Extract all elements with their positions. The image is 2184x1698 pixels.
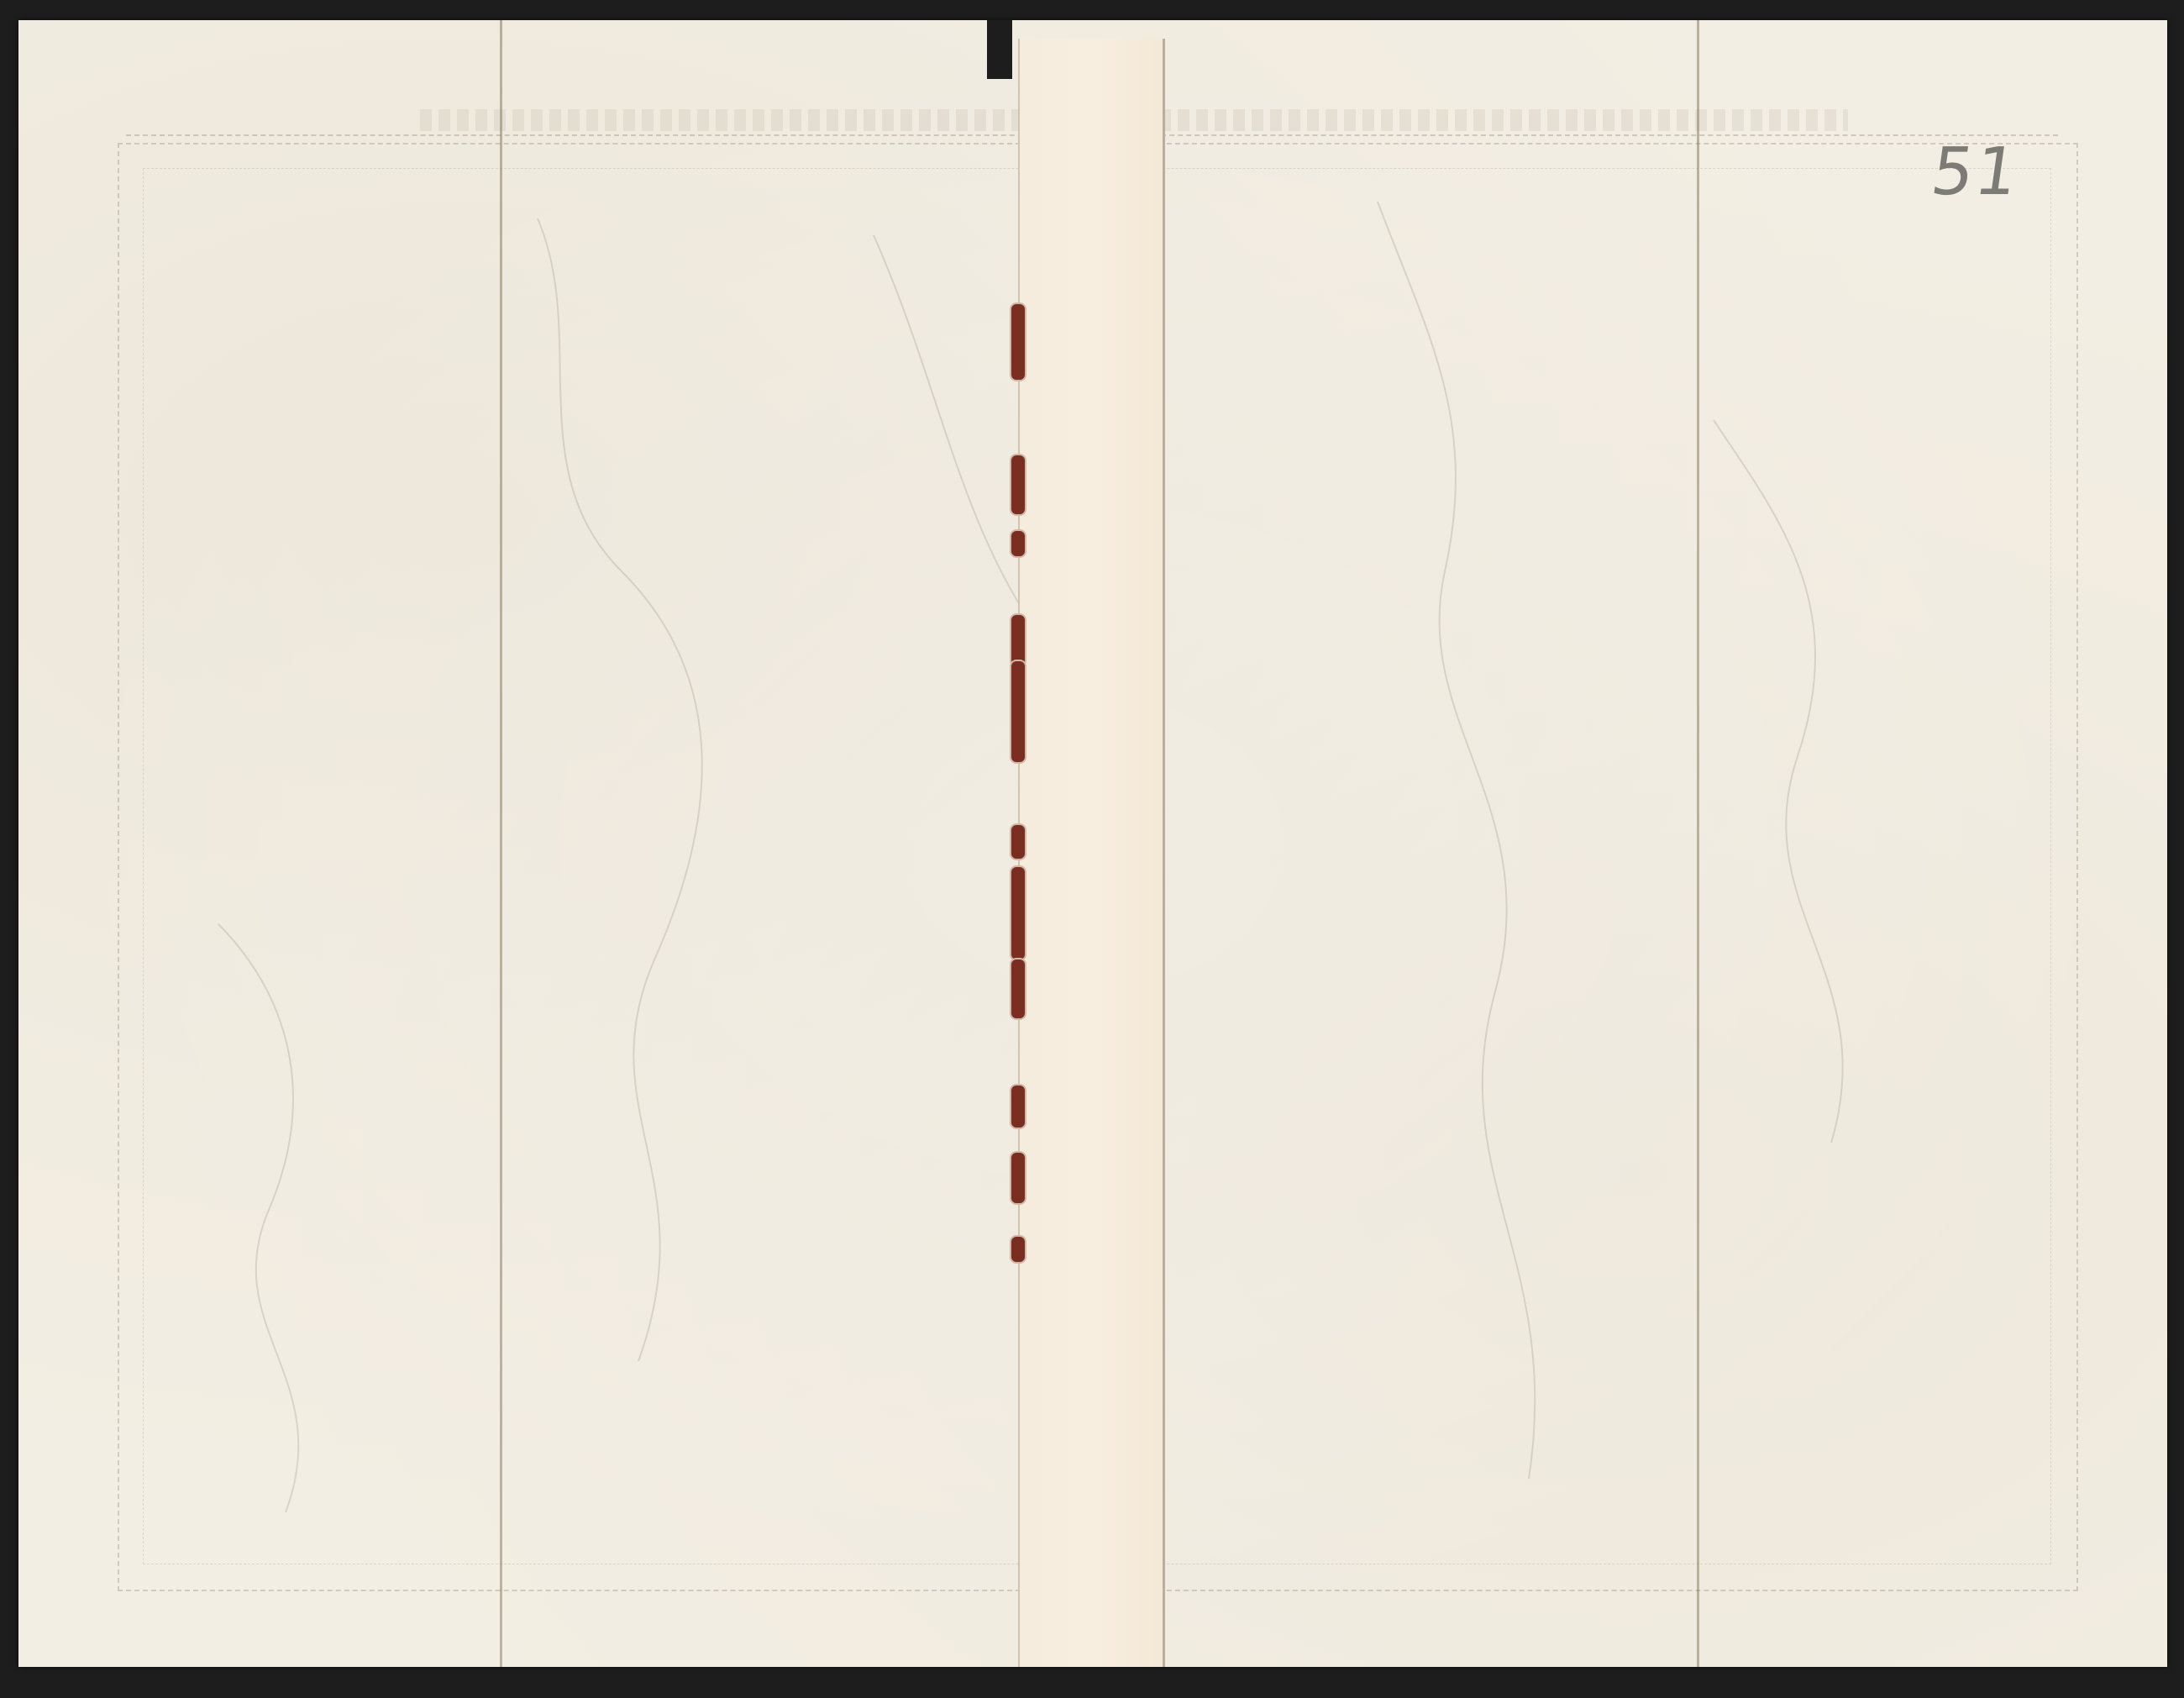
central-tear <box>1005 34 1028 1667</box>
handwritten-number: 51 <box>1927 134 2024 210</box>
hinge-repair-strip <box>1018 39 1165 1667</box>
fold-line-1 <box>500 20 502 1667</box>
fold-line-4 <box>1697 20 1699 1667</box>
